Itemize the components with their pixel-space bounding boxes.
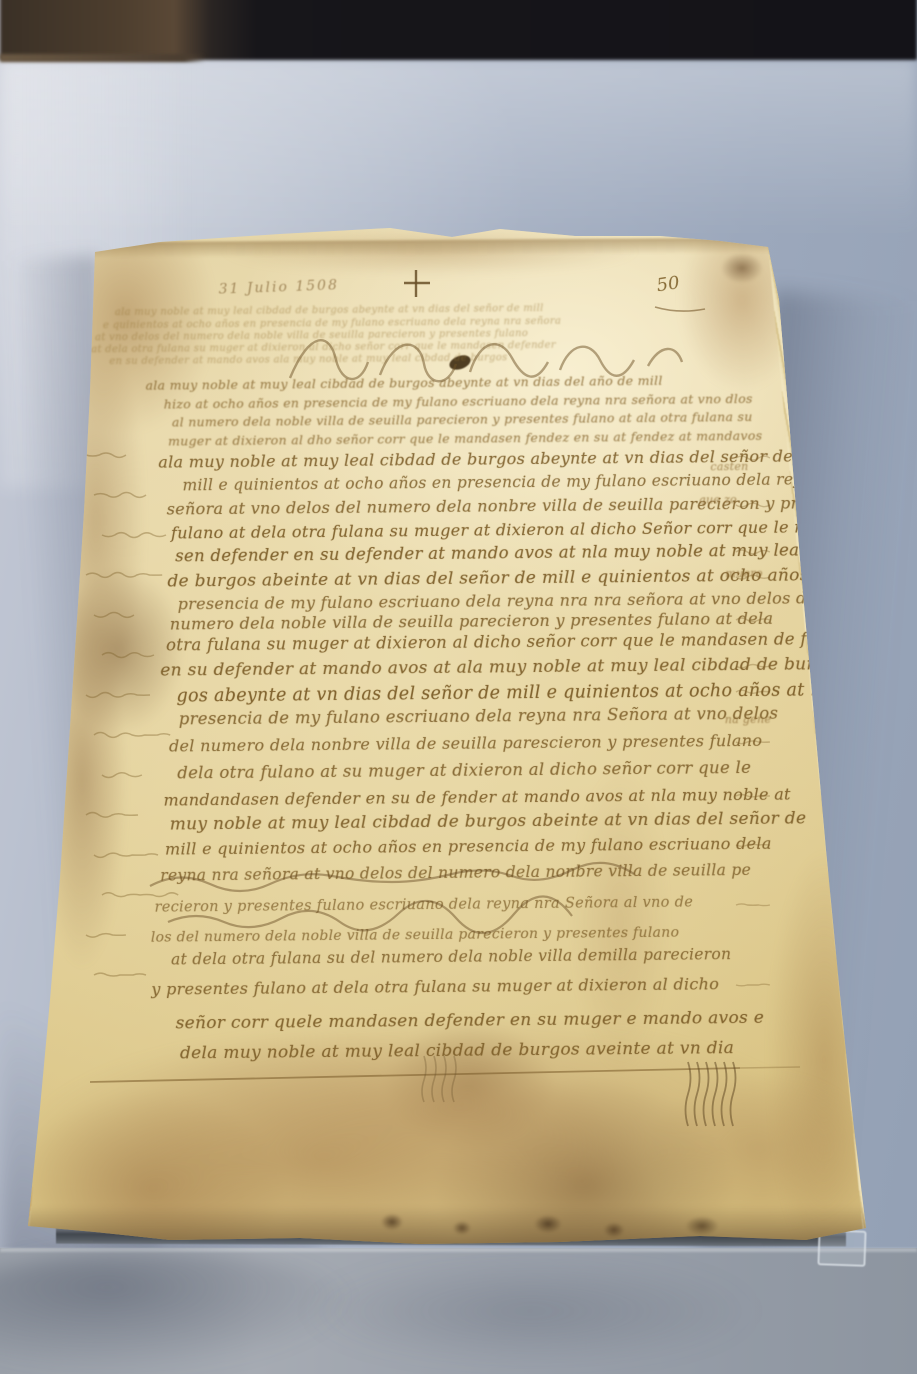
manuscript-line: reyna nra señora at vno delos del numero… <box>160 861 751 885</box>
manuscript-line: al numero dela noble villa de seuilla pa… <box>172 409 753 430</box>
case-top-frame <box>0 0 917 60</box>
manuscript-line: señor corr quele mandasen defender en su… <box>176 1008 765 1034</box>
manuscript-line: del numero dela nonbre villa de seuilla … <box>169 731 762 756</box>
manuscript-line: señora at vno delos del numero dela nonb… <box>167 493 863 519</box>
manuscript-line: sen defender en su defender at mando avo… <box>175 540 868 566</box>
manuscript-line: casten <box>710 460 748 473</box>
folio-number: 50 <box>655 272 681 296</box>
case-top-frame-sill <box>0 54 205 62</box>
manuscript-line: en su defender at mando avos at ala muy … <box>160 654 815 680</box>
manuscript-line: muger at dixieron al dho señor corr que … <box>168 428 762 449</box>
museum-photo: 31 Julio 1508 50 ala muy noble at muy le… <box>0 0 917 1374</box>
manuscript-line: at dela otra fulana su del numero dela n… <box>171 945 731 968</box>
manuscript-line: muero <box>725 567 763 580</box>
manuscript-line: y presentes fulano at dela otra fulana s… <box>151 974 719 998</box>
manuscript-line: recieron y presentes fulano escriuano de… <box>154 894 693 915</box>
manuscript-line: mill e quinientos at ocho años en presen… <box>182 470 855 494</box>
manuscript-line: mill e quinientos at ocho años en presen… <box>165 834 772 859</box>
manuscript-line: presencia de my fulano escriuano dela re… <box>179 704 779 729</box>
manuscript-line: que zo <box>699 493 737 506</box>
date-annotation: 31 Julio 1508 <box>218 277 339 297</box>
manuscript-line: ala muy noble at muy leal cibdad de burg… <box>145 373 662 393</box>
shelf-shadow <box>300 1256 760 1366</box>
manuscript-line: fulano at dela otra fulana su muger at d… <box>171 517 851 543</box>
manuscript-line: dela muy noble at muy leal cibdad de bur… <box>180 1038 734 1063</box>
manuscript-line: otra fulana su muger at dixieron al dich… <box>166 629 857 655</box>
manuscript-line: gos abeynte at vn dias del señor de mill… <box>176 680 822 706</box>
manuscript-line: hizo at ocho años en presencia de my ful… <box>164 391 753 412</box>
manuscript-line: los del numero dela noble villa de seuil… <box>151 925 680 946</box>
manuscript-line: na gene <box>725 713 772 726</box>
manuscript-line: muy noble at muy leal cibdad de burgos a… <box>170 808 807 834</box>
manuscript-line: mandandasen defender en su de fender at … <box>163 785 790 810</box>
manuscript-line: dela otra fulano at su muger at dixieron… <box>177 758 751 783</box>
